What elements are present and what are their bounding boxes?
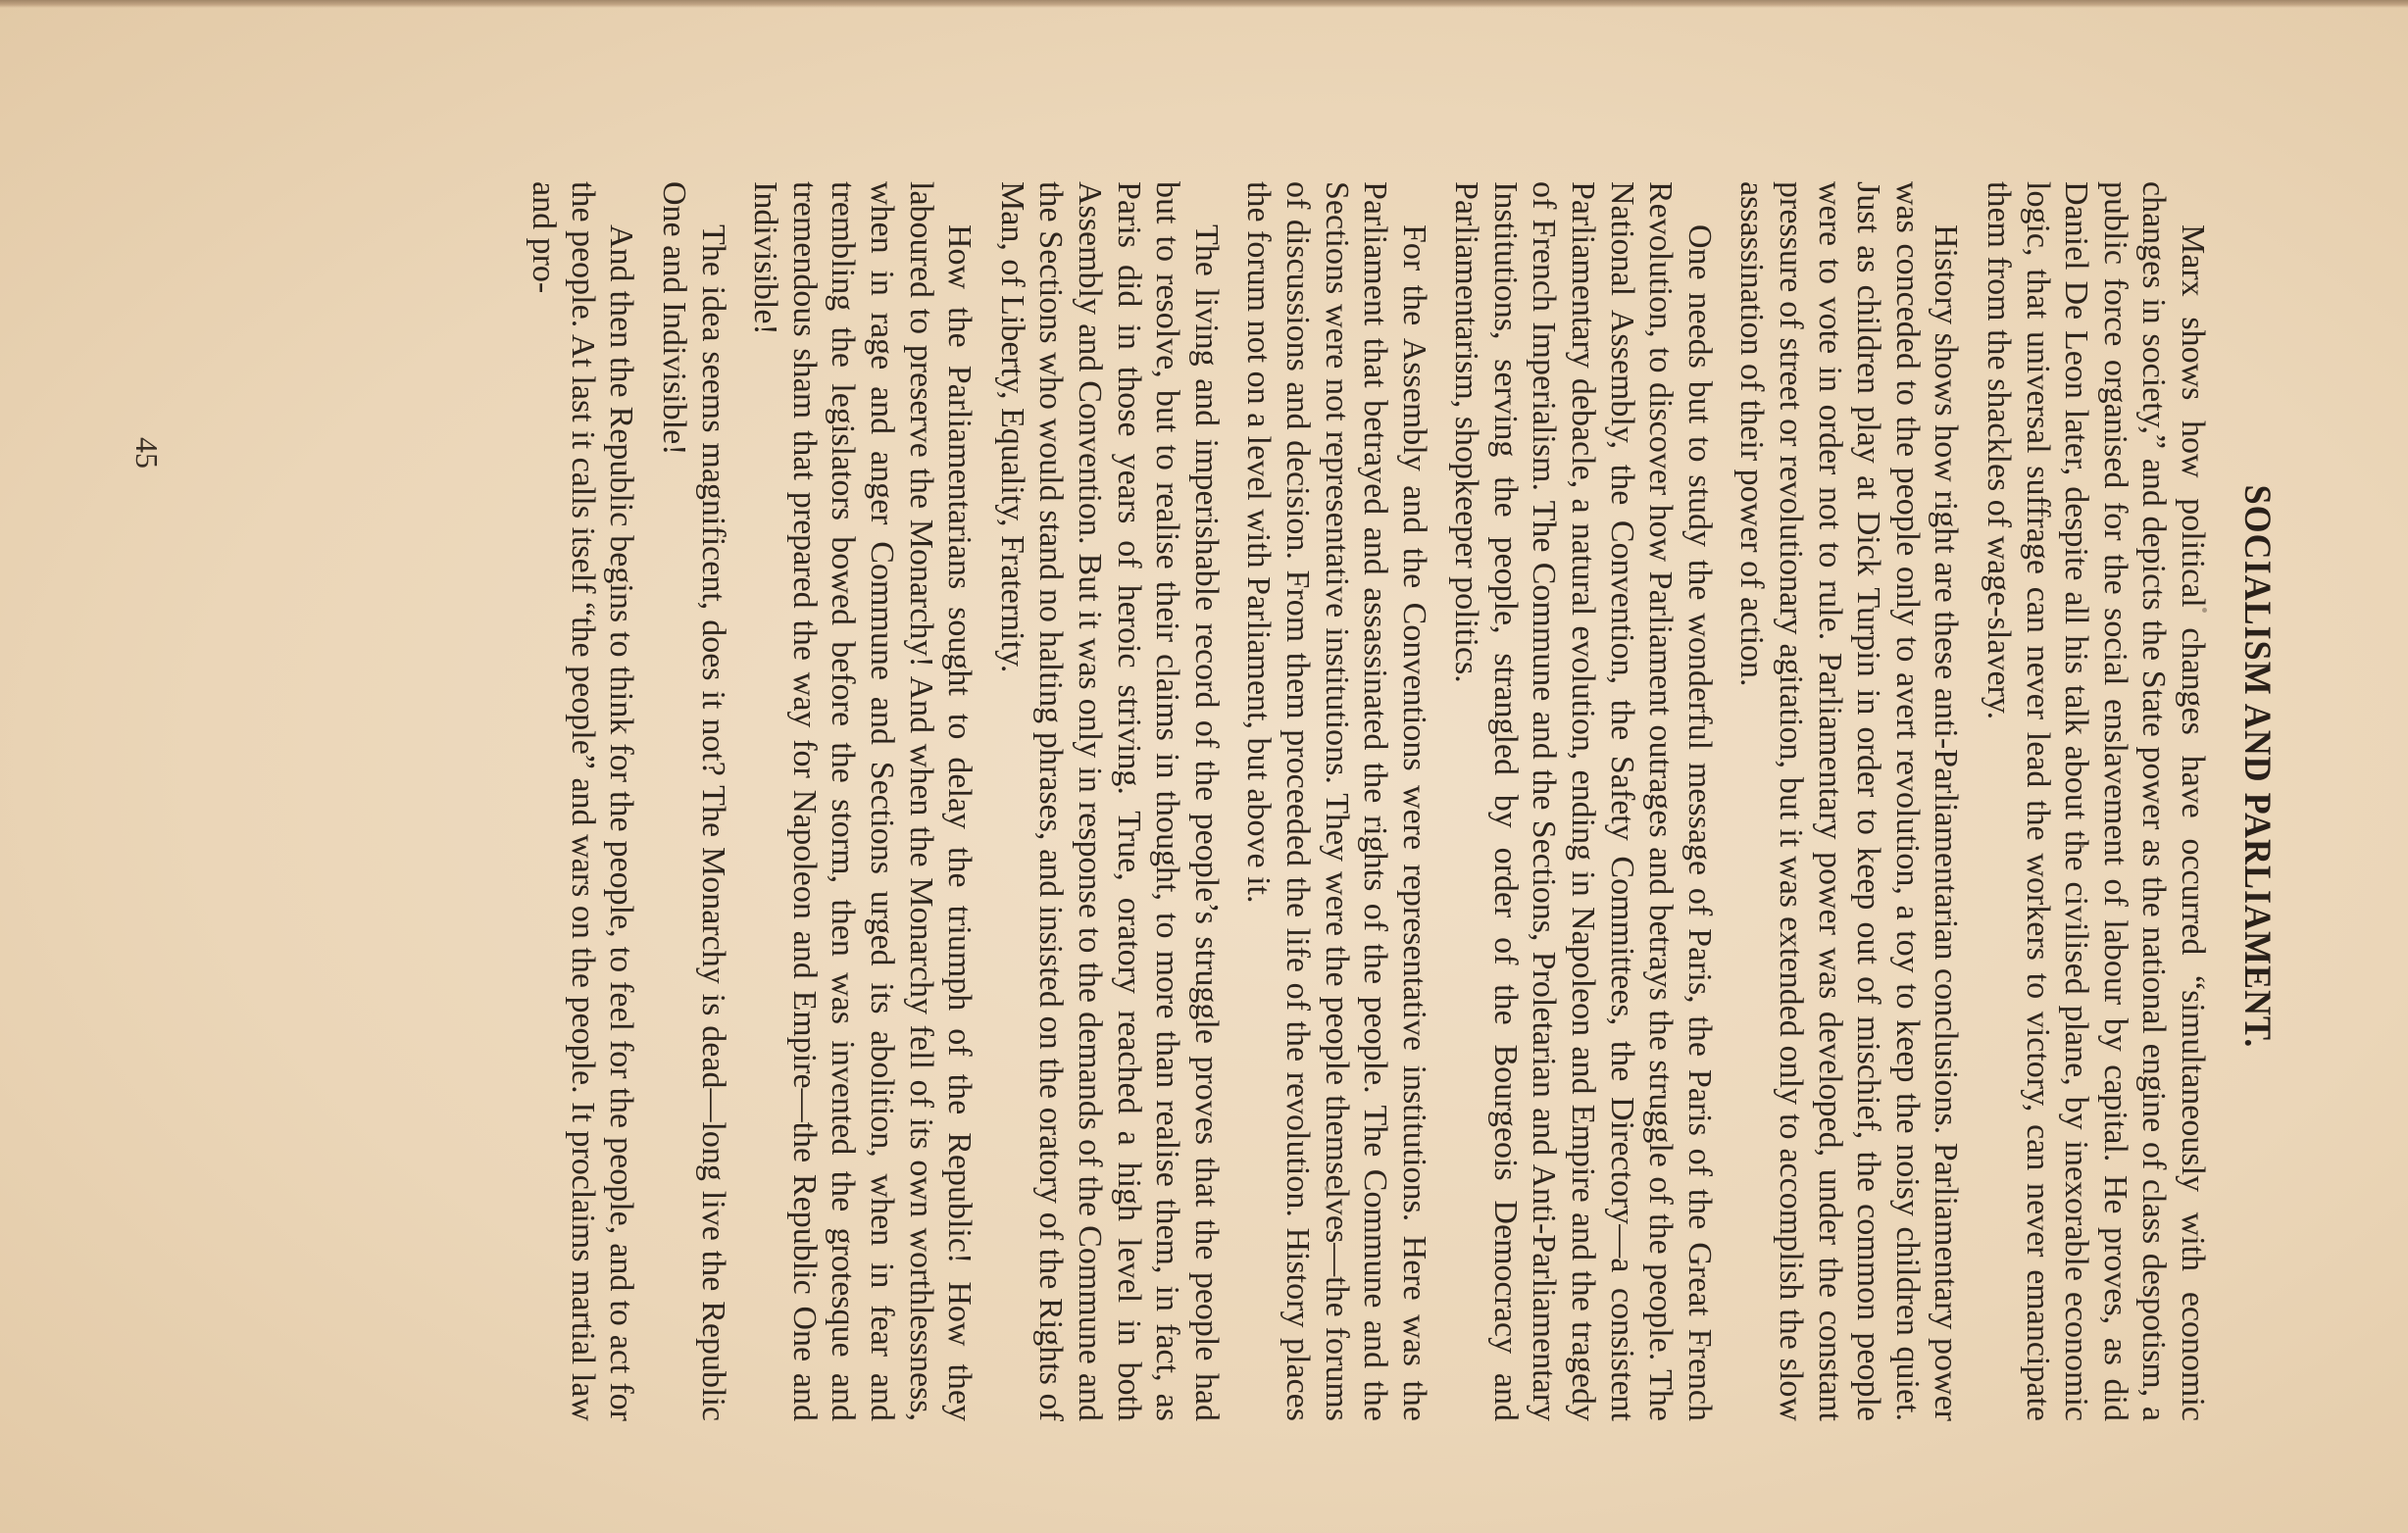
paragraph-parliamentarians: How the Parliamentarians sought to delay… <box>746 181 979 1421</box>
paper-speck <box>1325 1186 1329 1191</box>
paragraph-record: The living and imperishable record of th… <box>992 181 1226 1421</box>
running-head: SOCIALISM AND PARLIAMENT. <box>2235 0 2281 1533</box>
scanned-page-viewport: SOCIALISM AND PARLIAMENT. Marx shows how… <box>0 0 2408 1533</box>
book-page: SOCIALISM AND PARLIAMENT. Marx shows how… <box>0 0 2408 1533</box>
body-text: Marx shows how political changes have oc… <box>511 181 2212 1421</box>
paragraph-marx: Marx shows how political changes have oc… <box>1979 181 2212 1421</box>
paragraph-history: History shows how right are these anti-P… <box>1732 181 1966 1421</box>
page-number: 45 <box>128 0 165 1533</box>
paragraph-idea: The idea seems magnificent, does it not?… <box>654 181 731 1421</box>
paper-speck <box>2080 843 2084 848</box>
paragraph-republic: And then the Republic begins to think fo… <box>525 181 641 1421</box>
paper-speck <box>2202 608 2207 613</box>
paragraph-paris: One needs but to study the wonderful mes… <box>1447 181 1719 1421</box>
paragraph-assembly: For the Assembly and the Conventions wer… <box>1239 181 1433 1421</box>
